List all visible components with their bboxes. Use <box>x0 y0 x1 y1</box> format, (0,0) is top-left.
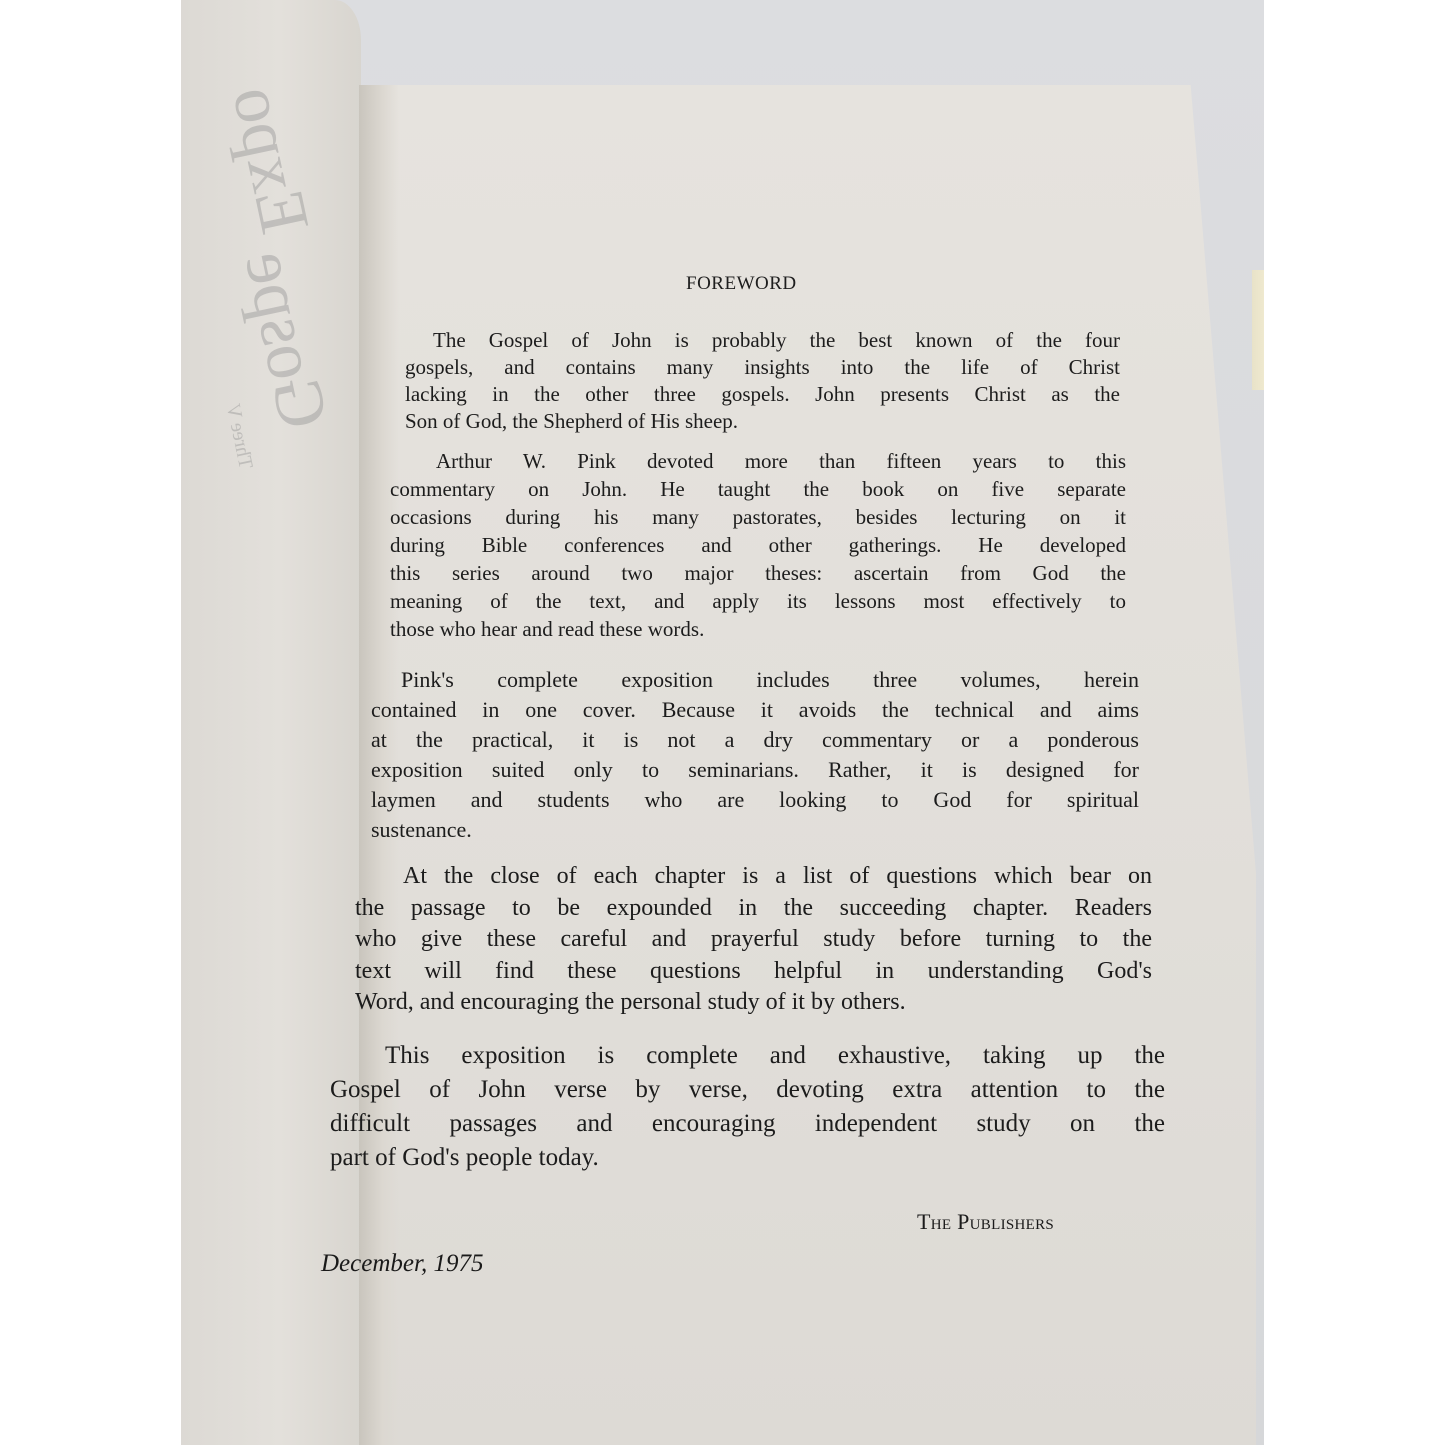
text-line: This exposition is complete and exhausti… <box>330 1039 1165 1073</box>
paragraph: At the close of each chapter is a list o… <box>355 861 1152 1019</box>
text-line: this series around two major theses: asc… <box>390 559 1126 587</box>
text-line: commentary on John. He taught the book o… <box>390 475 1126 503</box>
foreword-page: FOREWORD The Gospel of John is probably … <box>0 0 1445 1445</box>
paragraph: Pink's complete exposition includes thre… <box>371 665 1139 845</box>
text-line: occasions during his many pastorates, be… <box>390 503 1126 531</box>
text-line: Gospel of John verse by verse, devoting … <box>330 1073 1165 1107</box>
text-line: The Gospel of John is probably the best … <box>405 327 1120 354</box>
text-line: At the close of each chapter is a list o… <box>355 861 1152 893</box>
text-line: laymen and students who are looking to G… <box>371 785 1139 815</box>
text-line: during Bible conferences and other gathe… <box>390 531 1126 559</box>
text-line: exposition suited only to seminarians. R… <box>371 755 1139 785</box>
text-line: contained in one cover. Because it avoid… <box>371 695 1139 725</box>
text-line: sustenance. <box>371 815 1139 845</box>
text-line: lacking in the other three gospels. John… <box>405 381 1120 408</box>
text-line: Pink's complete exposition includes thre… <box>371 665 1139 695</box>
text-line: those who hear and read these words. <box>390 615 1126 643</box>
text-line: gospels, and contains many insights into… <box>405 354 1120 381</box>
text-line: Arthur W. Pink devoted more than fifteen… <box>390 447 1126 475</box>
paragraph: Arthur W. Pink devoted more than fifteen… <box>390 447 1126 643</box>
page-title: FOREWORD <box>686 273 797 295</box>
text-line: part of God's people today. <box>330 1141 1165 1175</box>
signature: The Publishers <box>917 1209 1054 1235</box>
text-line: Son of God, the Shepherd of His sheep. <box>405 408 1120 435</box>
text-line: meaning of the text, and apply its lesso… <box>390 587 1126 615</box>
text-line: the passage to be expounded in the succe… <box>355 893 1152 925</box>
paragraph: The Gospel of John is probably the best … <box>405 327 1120 435</box>
text-line: text will find these questions helpful i… <box>355 956 1152 988</box>
text-line: difficult passages and encouraging indep… <box>330 1107 1165 1141</box>
text-line: who give these careful and prayerful stu… <box>355 924 1152 956</box>
paragraph: This exposition is complete and exhausti… <box>330 1039 1165 1175</box>
text-line: at the practical, it is not a dry commen… <box>371 725 1139 755</box>
text-line: Word, and encouraging the personal study… <box>355 987 1152 1019</box>
date: December, 1975 <box>321 1250 483 1278</box>
